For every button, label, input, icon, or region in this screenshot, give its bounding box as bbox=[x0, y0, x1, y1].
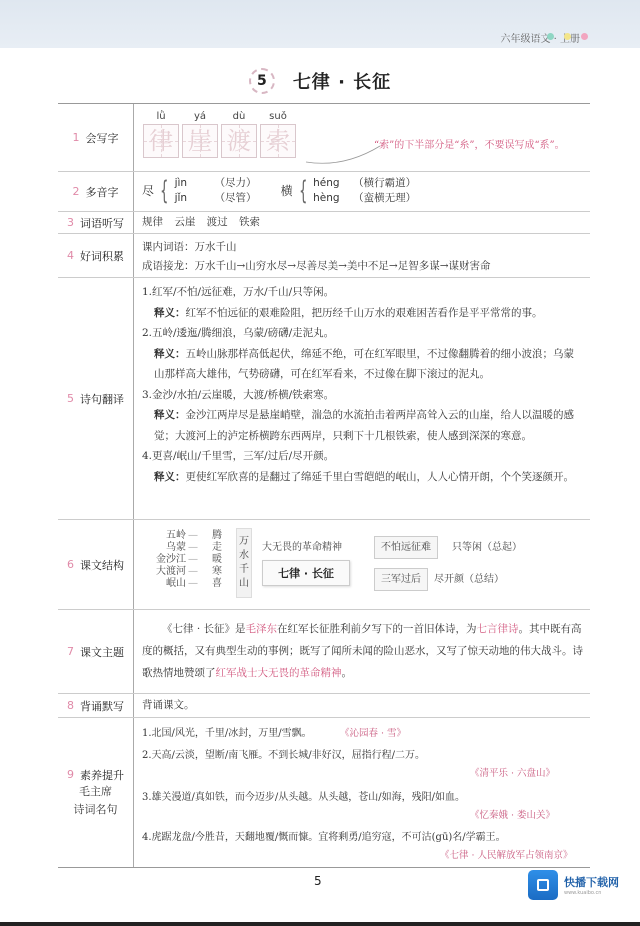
char-cell: suǒ索 bbox=[259, 110, 297, 158]
section-dictation: 3词语听写 规律 云崖 渡过 铁索 bbox=[58, 212, 590, 234]
section-number: 3 bbox=[67, 216, 74, 229]
explain-text: 更使红军欣喜的是翻过了绵延千里白雪皑皑的岷山，人人心情开朗，个个笑逐颜开。 bbox=[186, 471, 575, 483]
polyphone-char: 横 bbox=[281, 182, 293, 201]
lesson-heading: 5 七律 · 长征 bbox=[0, 68, 640, 94]
section-title: 诗句翻译 bbox=[80, 391, 124, 407]
recite-text: 背诵课文。 bbox=[134, 694, 590, 717]
section-writing-chars: 1会写字 lǜ律 yá崖 dù渡 suǒ索 “索”的下半部分是“糸”，不要误写成… bbox=[58, 104, 590, 172]
tian-grid-box: 崖 bbox=[182, 124, 218, 158]
char-cell: yá崖 bbox=[181, 110, 219, 158]
poem-source: 《忆秦娥 · 娄山关》 bbox=[470, 806, 555, 825]
explanation: 释义：红军不怕远征的艰难险阻，把历经千山万水的艰难困苦看作是平平常常的事。 bbox=[142, 303, 584, 324]
explain-label: 释义： bbox=[154, 471, 186, 483]
section-number: 1 bbox=[73, 131, 80, 144]
section-title: 多音字 bbox=[86, 184, 119, 200]
explanation: 释义：更使红军欣喜的是翻过了绵延千里白雪皑皑的岷山，人人心情开朗，个个笑逐颜开。 bbox=[142, 467, 584, 488]
explain-label: 释义： bbox=[154, 409, 186, 421]
place-list: 五岭 乌蒙 金沙江 大渡河 岷山 bbox=[146, 530, 186, 590]
section-polyphones: 2多音字 尽 { jìn（尽力） jǐn（尽管） 横 { héng（横行霸道） bbox=[58, 172, 590, 212]
verb: 暖 bbox=[212, 554, 222, 566]
bottom-edge bbox=[0, 922, 640, 926]
dot-pink-icon bbox=[581, 33, 588, 40]
tian-grid-box: 索 bbox=[260, 124, 296, 158]
pinyin: héng bbox=[313, 176, 353, 191]
section-theme: 7课文主题 《七律 · 长征》是毛泽东在红军长征胜利前夕写下的一首旧体诗，为七言… bbox=[58, 610, 590, 694]
text: 《七律 · 长征》是 bbox=[142, 623, 246, 635]
verb: 走 bbox=[212, 542, 222, 554]
section-number: 7 bbox=[67, 645, 74, 658]
poem-source: 《清平乐 · 六盘山》 bbox=[470, 764, 555, 783]
explain-text: 红军不怕远征的艰难险阻，把历经千山万水的艰难困苦看作是平平常常的事。 bbox=[186, 307, 543, 319]
explanation: 释义：五岭山脉那样高低起伏，绵延不绝，可在红军眼里，不过像翻腾着的细小波浪；乌蒙… bbox=[142, 344, 584, 385]
section-title: 课文主题 bbox=[80, 644, 124, 660]
place: 乌蒙 bbox=[146, 542, 186, 554]
lesson-title: 七律 · 长征 bbox=[293, 68, 391, 94]
v-char: 山 bbox=[239, 577, 249, 591]
verb-list: 腾 走 暖 寒 喜 bbox=[212, 530, 222, 590]
closing-box: 三军过后 bbox=[374, 568, 428, 591]
section-good-words: 4好词积累 课内词语：万水千山 成语接龙：万水千山→山穷水尽→尽善尽美→美中不足… bbox=[58, 234, 590, 278]
tian-grid-box: 渡 bbox=[221, 124, 257, 158]
section-label: 2多音字 bbox=[58, 172, 134, 211]
section-structure: 6课文结构 五岭 乌蒙 金沙江 大渡河 岷山 ————— 腾 走 暖 寒 喜 bbox=[58, 520, 590, 610]
watermark-url: www.kuaibo.cn bbox=[564, 890, 619, 896]
section-title: 好词积累 bbox=[80, 248, 124, 264]
poem-line: 4.更喜/岷山/千里雪，三军/过后/尽开颜。 bbox=[142, 446, 584, 467]
explain-label: 释义： bbox=[154, 307, 186, 319]
place: 金沙江 bbox=[146, 554, 186, 566]
section-label: 3词语听写 bbox=[58, 212, 134, 233]
note-arrow-icon bbox=[304, 142, 384, 164]
polyphone-char: 尽 bbox=[142, 182, 154, 201]
section-label: 4好词积累 bbox=[58, 234, 134, 277]
explain-text: 金沙江两岸尽是悬崖峭壁，湍急的水流拍击着两岸高耸入云的山崖，给人以温暖的感觉；大… bbox=[154, 409, 574, 442]
section-content: lǜ律 yá崖 dù渡 suǒ索 “索”的下半部分是“糸”，不要误写成“系”。 bbox=[134, 104, 590, 171]
tian-grid-box: 律 bbox=[143, 124, 179, 158]
opening-text: 只等闲（总起） bbox=[452, 538, 522, 557]
poem-quote: 3.雄关漫道/真如铁，而今迈步/从头越。从头越，苍山/如海，残阳/如血。 bbox=[142, 788, 465, 807]
explain-label: 释义： bbox=[154, 348, 186, 360]
page-number: 5 bbox=[314, 874, 322, 888]
explanation: 释义：金沙江两岸尽是悬崖峭壁，湍急的水流拍击着两岸高耸入云的山崖，给人以温暖的感… bbox=[142, 405, 584, 446]
v-char: 千 bbox=[239, 563, 249, 577]
pinyin: jìn bbox=[175, 176, 215, 191]
section-number: 2 bbox=[73, 185, 80, 198]
pinyin: hèng bbox=[313, 191, 353, 206]
example-word: （蛮横无理） bbox=[353, 192, 416, 204]
section-title: 词语听写 bbox=[80, 215, 124, 231]
section-number: 5 bbox=[67, 392, 74, 405]
polyphone-list: 尽 { jìn（尽力） jǐn（尽管） 横 { héng（横行霸道） hèng（… bbox=[142, 176, 584, 206]
section-content: 五岭 乌蒙 金沙江 大渡河 岷山 ————— 腾 走 暖 寒 喜 万 水 bbox=[134, 520, 590, 609]
connector-lines: ————— bbox=[188, 530, 198, 590]
section-label: 6课文结构 bbox=[58, 520, 134, 609]
highlight: 红军战士大无畏的革命精神 bbox=[216, 667, 342, 679]
verb: 腾 bbox=[212, 530, 222, 542]
section-enrichment: 9素养提升 毛主席 诗词名句 1.北国/风光，千里/冰封，万里/雪飘。 《沁园春… bbox=[58, 718, 590, 868]
section-number: 4 bbox=[67, 249, 74, 262]
section-number: 9 bbox=[67, 768, 74, 781]
pinyin: dù bbox=[220, 110, 258, 124]
watermark-text: 快播下载网 www.kuaibo.cn bbox=[564, 874, 619, 896]
pinyin: suǒ bbox=[259, 110, 297, 124]
poem-line: 2.五岭/逶迤/腾细浪，乌蒙/磅礴/走泥丸。 bbox=[142, 323, 584, 344]
watermark-logo: 快播下载网 www.kuaibo.cn bbox=[528, 870, 619, 900]
section-subtitle: 毛主席 bbox=[79, 783, 112, 801]
place: 五岭 bbox=[146, 530, 186, 542]
highlight: 毛泽东 bbox=[246, 623, 278, 635]
pinyin: lǜ bbox=[142, 110, 180, 124]
text: 在红军长征胜利前夕写下的一首旧体诗，为 bbox=[277, 623, 477, 635]
text: 。 bbox=[342, 667, 353, 679]
section-content: 1.红军/不怕/远征难，万水/千山/只等闲。 释义：红军不怕远征的艰难险阻，把历… bbox=[134, 278, 590, 519]
readings: jìn（尽力） jǐn（尽管） bbox=[175, 176, 257, 206]
v-char: 万 bbox=[239, 535, 249, 549]
pinyin: jǐn bbox=[175, 191, 215, 206]
lesson-words: 课内词语：万水千山 bbox=[142, 238, 584, 257]
vertical-box: 万 水 千 山 bbox=[236, 528, 252, 598]
study-table: 1会写字 lǜ律 yá崖 dù渡 suǒ索 “索”的下半部分是“糸”，不要误写成… bbox=[58, 103, 590, 868]
section-label: 9素养提升 毛主席 诗词名句 bbox=[58, 718, 134, 867]
section-title: 背诵默写 bbox=[80, 698, 124, 714]
diagram-title-box: 七律 · 长征 bbox=[262, 560, 350, 586]
readings: héng（横行霸道） hèng（蛮横无理） bbox=[313, 176, 416, 206]
theme-paragraph: 《七律 · 长征》是毛泽东在红军长征胜利前夕写下的一首旧体诗，为七言律诗。其中既… bbox=[134, 610, 590, 693]
dictation-words: 规律 云崖 渡过 铁索 bbox=[134, 212, 590, 233]
char-cell: dù渡 bbox=[220, 110, 258, 158]
highlight: 七言律诗 bbox=[477, 623, 519, 635]
poem-quote: 2.天高/云淡，望断/南飞雁。不到长城/非好汉，屈指行程/二万。 bbox=[142, 746, 425, 765]
idiom-chain: 成语接龙：万水千山→山穷水尽→尽善尽美→美中不足→足智多谋→谋财害命 bbox=[142, 257, 584, 276]
pinyin: yá bbox=[181, 110, 219, 124]
section-label: 5诗句翻译 bbox=[58, 278, 134, 519]
char-cell: lǜ律 bbox=[142, 110, 180, 158]
polyphone-item: 尽 { jìn（尽力） jǐn（尽管） bbox=[142, 176, 257, 206]
structure-diagram: 五岭 乌蒙 金沙江 大渡河 岷山 ————— 腾 走 暖 寒 喜 万 水 bbox=[134, 520, 590, 609]
section-number: 6 bbox=[67, 558, 74, 571]
lesson-number-badge: 5 bbox=[249, 68, 275, 94]
example-word: （尽力） bbox=[215, 177, 257, 189]
brace-icon: { bbox=[160, 176, 168, 206]
poem-source: 《沁园春 · 雪》 bbox=[340, 724, 406, 743]
section-translation: 5诗句翻译 1.红军/不怕/远征难，万水/千山/只等闲。 释义：红军不怕远征的艰… bbox=[58, 278, 590, 520]
spirit-text: 大无畏的革命精神 bbox=[262, 538, 342, 557]
section-content: 课内词语：万水千山 成语接龙：万水千山→山穷水尽→尽善尽美→美中不足→足智多谋→… bbox=[134, 234, 590, 277]
opening-box: 不怕远征难 bbox=[374, 536, 438, 559]
section-title: 课文结构 bbox=[80, 557, 124, 573]
example-word: （尽管） bbox=[215, 192, 257, 204]
section-recite: 8背诵默写 背诵课文。 bbox=[58, 694, 590, 718]
section-content: 尽 { jìn（尽力） jǐn（尽管） 横 { héng（横行霸道） hèng（… bbox=[134, 172, 590, 211]
section-label: 8背诵默写 bbox=[58, 694, 134, 717]
dot-yellow-icon bbox=[564, 33, 571, 40]
closing-text: 尽开颜（总结） bbox=[434, 570, 504, 589]
section-label: 1会写字 bbox=[58, 104, 134, 171]
decorative-dots bbox=[547, 33, 588, 40]
section-content: 1.北国/风光，千里/冰封，万里/雪飘。 《沁园春 · 雪》 2.天高/云淡，望… bbox=[134, 718, 590, 867]
poem-quote: 4.虎踞龙盘/今胜昔，天翻地覆/慨而慷。宜将剩勇/追穷寇，不可沽(gū)名/学霸… bbox=[142, 828, 506, 847]
writing-tip: “索”的下半部分是“糸”，不要误写成“系”。 bbox=[374, 136, 565, 155]
dot-green-icon bbox=[547, 33, 554, 40]
section-title: 素养提升 bbox=[80, 767, 124, 783]
section-subtitle: 诗词名句 bbox=[74, 801, 118, 819]
poem-line: 3.金沙/水拍/云崖暖，大渡/桥横/铁索寒。 bbox=[142, 385, 584, 406]
section-title: 会写字 bbox=[86, 130, 119, 146]
poem-line: 1.红军/不怕/远征难，万水/千山/只等闲。 bbox=[142, 282, 584, 303]
v-char: 水 bbox=[239, 549, 249, 563]
poem-source: 《七律 · 人民解放军占领南京》 bbox=[440, 846, 573, 865]
example-word: （横行霸道） bbox=[353, 177, 416, 189]
section-label: 7课文主题 bbox=[58, 610, 134, 693]
verb: 寒 bbox=[212, 566, 222, 578]
section-number: 8 bbox=[67, 699, 74, 712]
place: 岷山 bbox=[146, 578, 186, 590]
brace-icon: { bbox=[299, 176, 307, 206]
explain-text: 五岭山脉那样高低起伏，绵延不绝，可在红军眼里，不过像翻腾着的细小波浪；乌蒙山那样… bbox=[154, 348, 574, 381]
poem-quote: 1.北国/风光，千里/冰封，万里/雪飘。 bbox=[142, 724, 312, 743]
watermark-name: 快播下载网 bbox=[564, 874, 619, 890]
polyphone-item: 横 { héng（横行霸道） hèng（蛮横无理） bbox=[281, 176, 417, 206]
verb: 喜 bbox=[212, 578, 222, 590]
place: 大渡河 bbox=[146, 566, 186, 578]
cube-icon bbox=[528, 870, 558, 900]
